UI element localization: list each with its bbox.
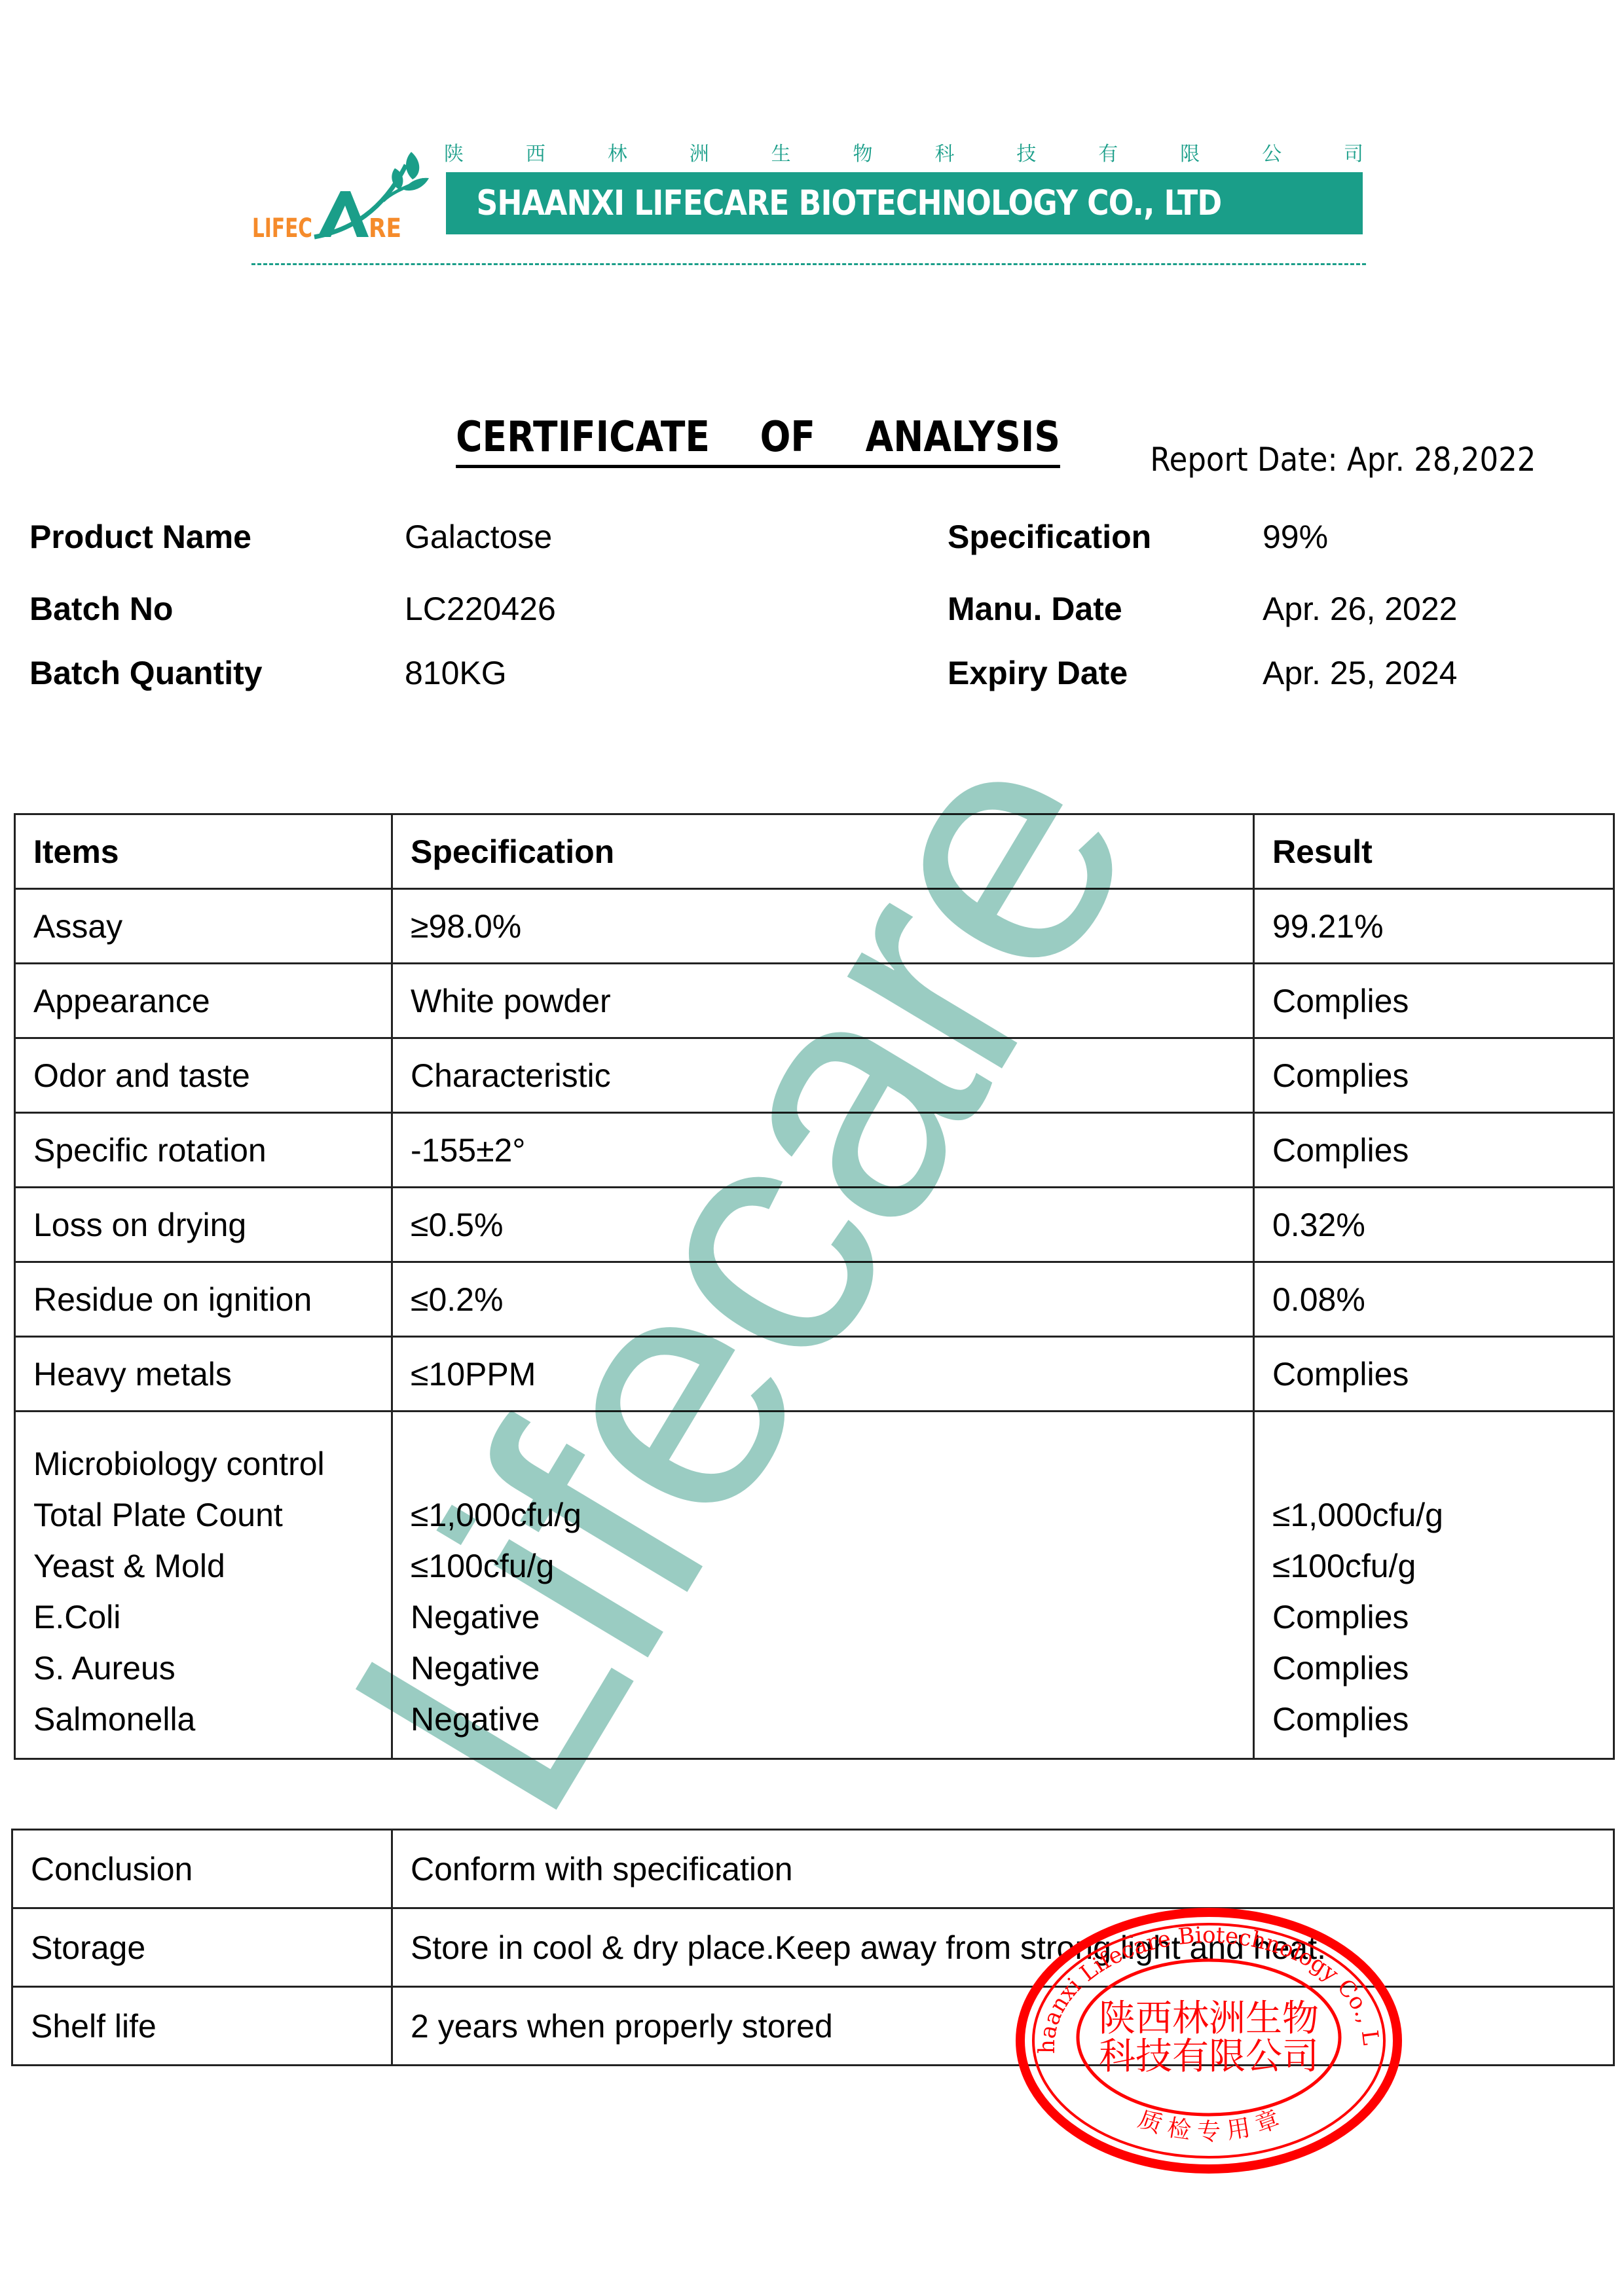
micro-result: Complies [1272, 1592, 1613, 1643]
company-cn-char: 物 [853, 140, 873, 169]
micro-result: ≤1,000cfu/g [1272, 1489, 1613, 1540]
product-name-label: Product Name [29, 517, 251, 556]
shelf-life-row: Shelf life 2 years when properly stored [12, 1987, 1614, 2066]
company-cn-char: 技 [1016, 140, 1036, 169]
table-row: Specific rotation -155±2° Complies [15, 1113, 1614, 1188]
company-logo: LIFEC RE [252, 139, 435, 244]
table-row: Appearance White powder Complies [15, 964, 1614, 1038]
result-cell: Complies [1254, 964, 1614, 1038]
item-cell: Assay [15, 889, 392, 964]
svg-text:LIFEC: LIFEC [252, 213, 312, 244]
spec-cell: ≥98.0% [392, 889, 1254, 964]
micro-result: Complies [1272, 1694, 1613, 1745]
company-banner: SHAANXI LIFECARE BIOTECHNOLOGY CO., LTD [446, 172, 1363, 234]
product-name-value: Galactose [405, 517, 552, 556]
header-divider [251, 263, 1366, 265]
item-cell: Heavy metals [15, 1337, 392, 1412]
micro-item: Salmonella [33, 1694, 391, 1745]
header-specification: Specification [392, 814, 1254, 889]
conclusion-label: Conclusion [12, 1830, 392, 1908]
table-header-row: Items Specification Result [15, 814, 1614, 889]
shelf-life-value: 2 years when properly stored [392, 1987, 1614, 2066]
company-cn-char: 洲 [690, 140, 709, 169]
micro-item: Total Plate Count [33, 1489, 391, 1540]
company-cn-char: 公 [1262, 140, 1282, 169]
company-cn-char: 科 [934, 140, 954, 169]
micro-spec: ≤1,000cfu/g [411, 1489, 1253, 1540]
company-name-english: SHAANXI LIFECARE BIOTECHNOLOGY CO., LTD [446, 183, 1221, 223]
title-text: CERTIFICATE OF ANALYSIS [456, 411, 1060, 468]
report-date: Report Date: Apr. 28,2022 [1150, 439, 1536, 481]
result-cell: 0.08% [1254, 1262, 1614, 1337]
spec-cell: Characteristic [392, 1038, 1254, 1113]
summary-table: Conclusion Conform with specification St… [11, 1829, 1615, 2066]
item-cell: Specific rotation [15, 1113, 392, 1188]
storage-row: Storage Store in cool & dry place.Keep a… [12, 1908, 1614, 1987]
microbiology-row: Microbiology control Total Plate Count Y… [15, 1412, 1614, 1759]
header-items: Items [15, 814, 392, 889]
result-cell: 99.21% [1254, 889, 1614, 964]
specification-label: Specification [948, 517, 1151, 556]
batch-no-label: Batch No [29, 589, 173, 629]
company-cn-char: 陕 [444, 140, 464, 169]
company-cn-char: 林 [608, 140, 627, 169]
manu-date-label: Manu. Date [948, 589, 1122, 629]
item-cell: Appearance [15, 964, 392, 1038]
micro-spec: Negative [411, 1592, 1253, 1643]
conclusion-value: Conform with specification [392, 1830, 1614, 1908]
microbiology-result-cell: ≤1,000cfu/g ≤100cfu/g Complies Complies … [1254, 1412, 1614, 1759]
svg-text:RE: RE [369, 213, 401, 244]
table-row: Loss on drying ≤0.5% 0.32% [15, 1188, 1614, 1262]
result-cell: Complies [1254, 1113, 1614, 1188]
micro-spec: ≤100cfu/g [411, 1540, 1253, 1592]
micro-item: Yeast & Mold [33, 1540, 391, 1592]
microbiology-title: Microbiology control [33, 1438, 391, 1489]
company-cn-char: 司 [1344, 140, 1363, 169]
batch-quantity-value: 810KG [405, 653, 507, 693]
item-cell: Odor and taste [15, 1038, 392, 1113]
spec-cell: -155±2° [392, 1113, 1254, 1188]
microbiology-items-cell: Microbiology control Total Plate Count Y… [15, 1412, 392, 1759]
specification-value: 99% [1263, 517, 1328, 556]
result-cell: Complies [1254, 1337, 1614, 1412]
micro-spec: Negative [411, 1694, 1253, 1745]
micro-item: S. Aureus [33, 1643, 391, 1694]
result-cell: Complies [1254, 1038, 1614, 1113]
spec-cell: White powder [392, 964, 1254, 1038]
spec-cell: ≤0.5% [392, 1188, 1254, 1262]
conclusion-row: Conclusion Conform with specification [12, 1830, 1614, 1908]
item-cell: Loss on drying [15, 1188, 392, 1262]
company-cn-char: 限 [1180, 140, 1200, 169]
table-row: Residue on ignition ≤0.2% 0.08% [15, 1262, 1614, 1337]
company-name-chinese: 陕西林洲生物科技有限公司 [444, 140, 1363, 169]
table-row: Assay ≥98.0% 99.21% [15, 889, 1614, 964]
microbiology-spec-cell: ≤1,000cfu/g ≤100cfu/g Negative Negative … [392, 1412, 1254, 1759]
company-cn-char: 有 [1098, 140, 1118, 169]
expiry-date-value: Apr. 25, 2024 [1263, 653, 1457, 693]
spec-cell: ≤0.2% [392, 1262, 1254, 1337]
header-result: Result [1254, 814, 1614, 889]
expiry-date-label: Expiry Date [948, 653, 1128, 693]
table-row: Odor and taste Characteristic Complies [15, 1038, 1614, 1113]
analysis-table: Items Specification Result Assay ≥98.0% … [14, 813, 1615, 1760]
storage-value: Store in cool & dry place.Keep away from… [392, 1908, 1614, 1987]
micro-result: ≤100cfu/g [1272, 1540, 1613, 1592]
micro-result: Complies [1272, 1643, 1613, 1694]
manu-date-value: Apr. 26, 2022 [1263, 589, 1457, 629]
result-cell: 0.32% [1254, 1188, 1614, 1262]
stamp-bottom-text: 质 检 专 用 章 [1135, 2105, 1283, 2145]
micro-item: E.Coli [33, 1592, 391, 1643]
company-cn-char: 生 [771, 140, 791, 169]
company-cn-char: 西 [526, 140, 545, 169]
item-cell: Residue on ignition [15, 1262, 392, 1337]
micro-spec: Negative [411, 1643, 1253, 1694]
table-row: Heavy metals ≤10PPM Complies [15, 1337, 1614, 1412]
spec-cell: ≤10PPM [392, 1337, 1254, 1412]
batch-no-value: LC220426 [405, 589, 556, 629]
storage-label: Storage [12, 1908, 392, 1987]
batch-quantity-label: Batch Quantity [29, 653, 263, 693]
shelf-life-label: Shelf life [12, 1987, 392, 2066]
